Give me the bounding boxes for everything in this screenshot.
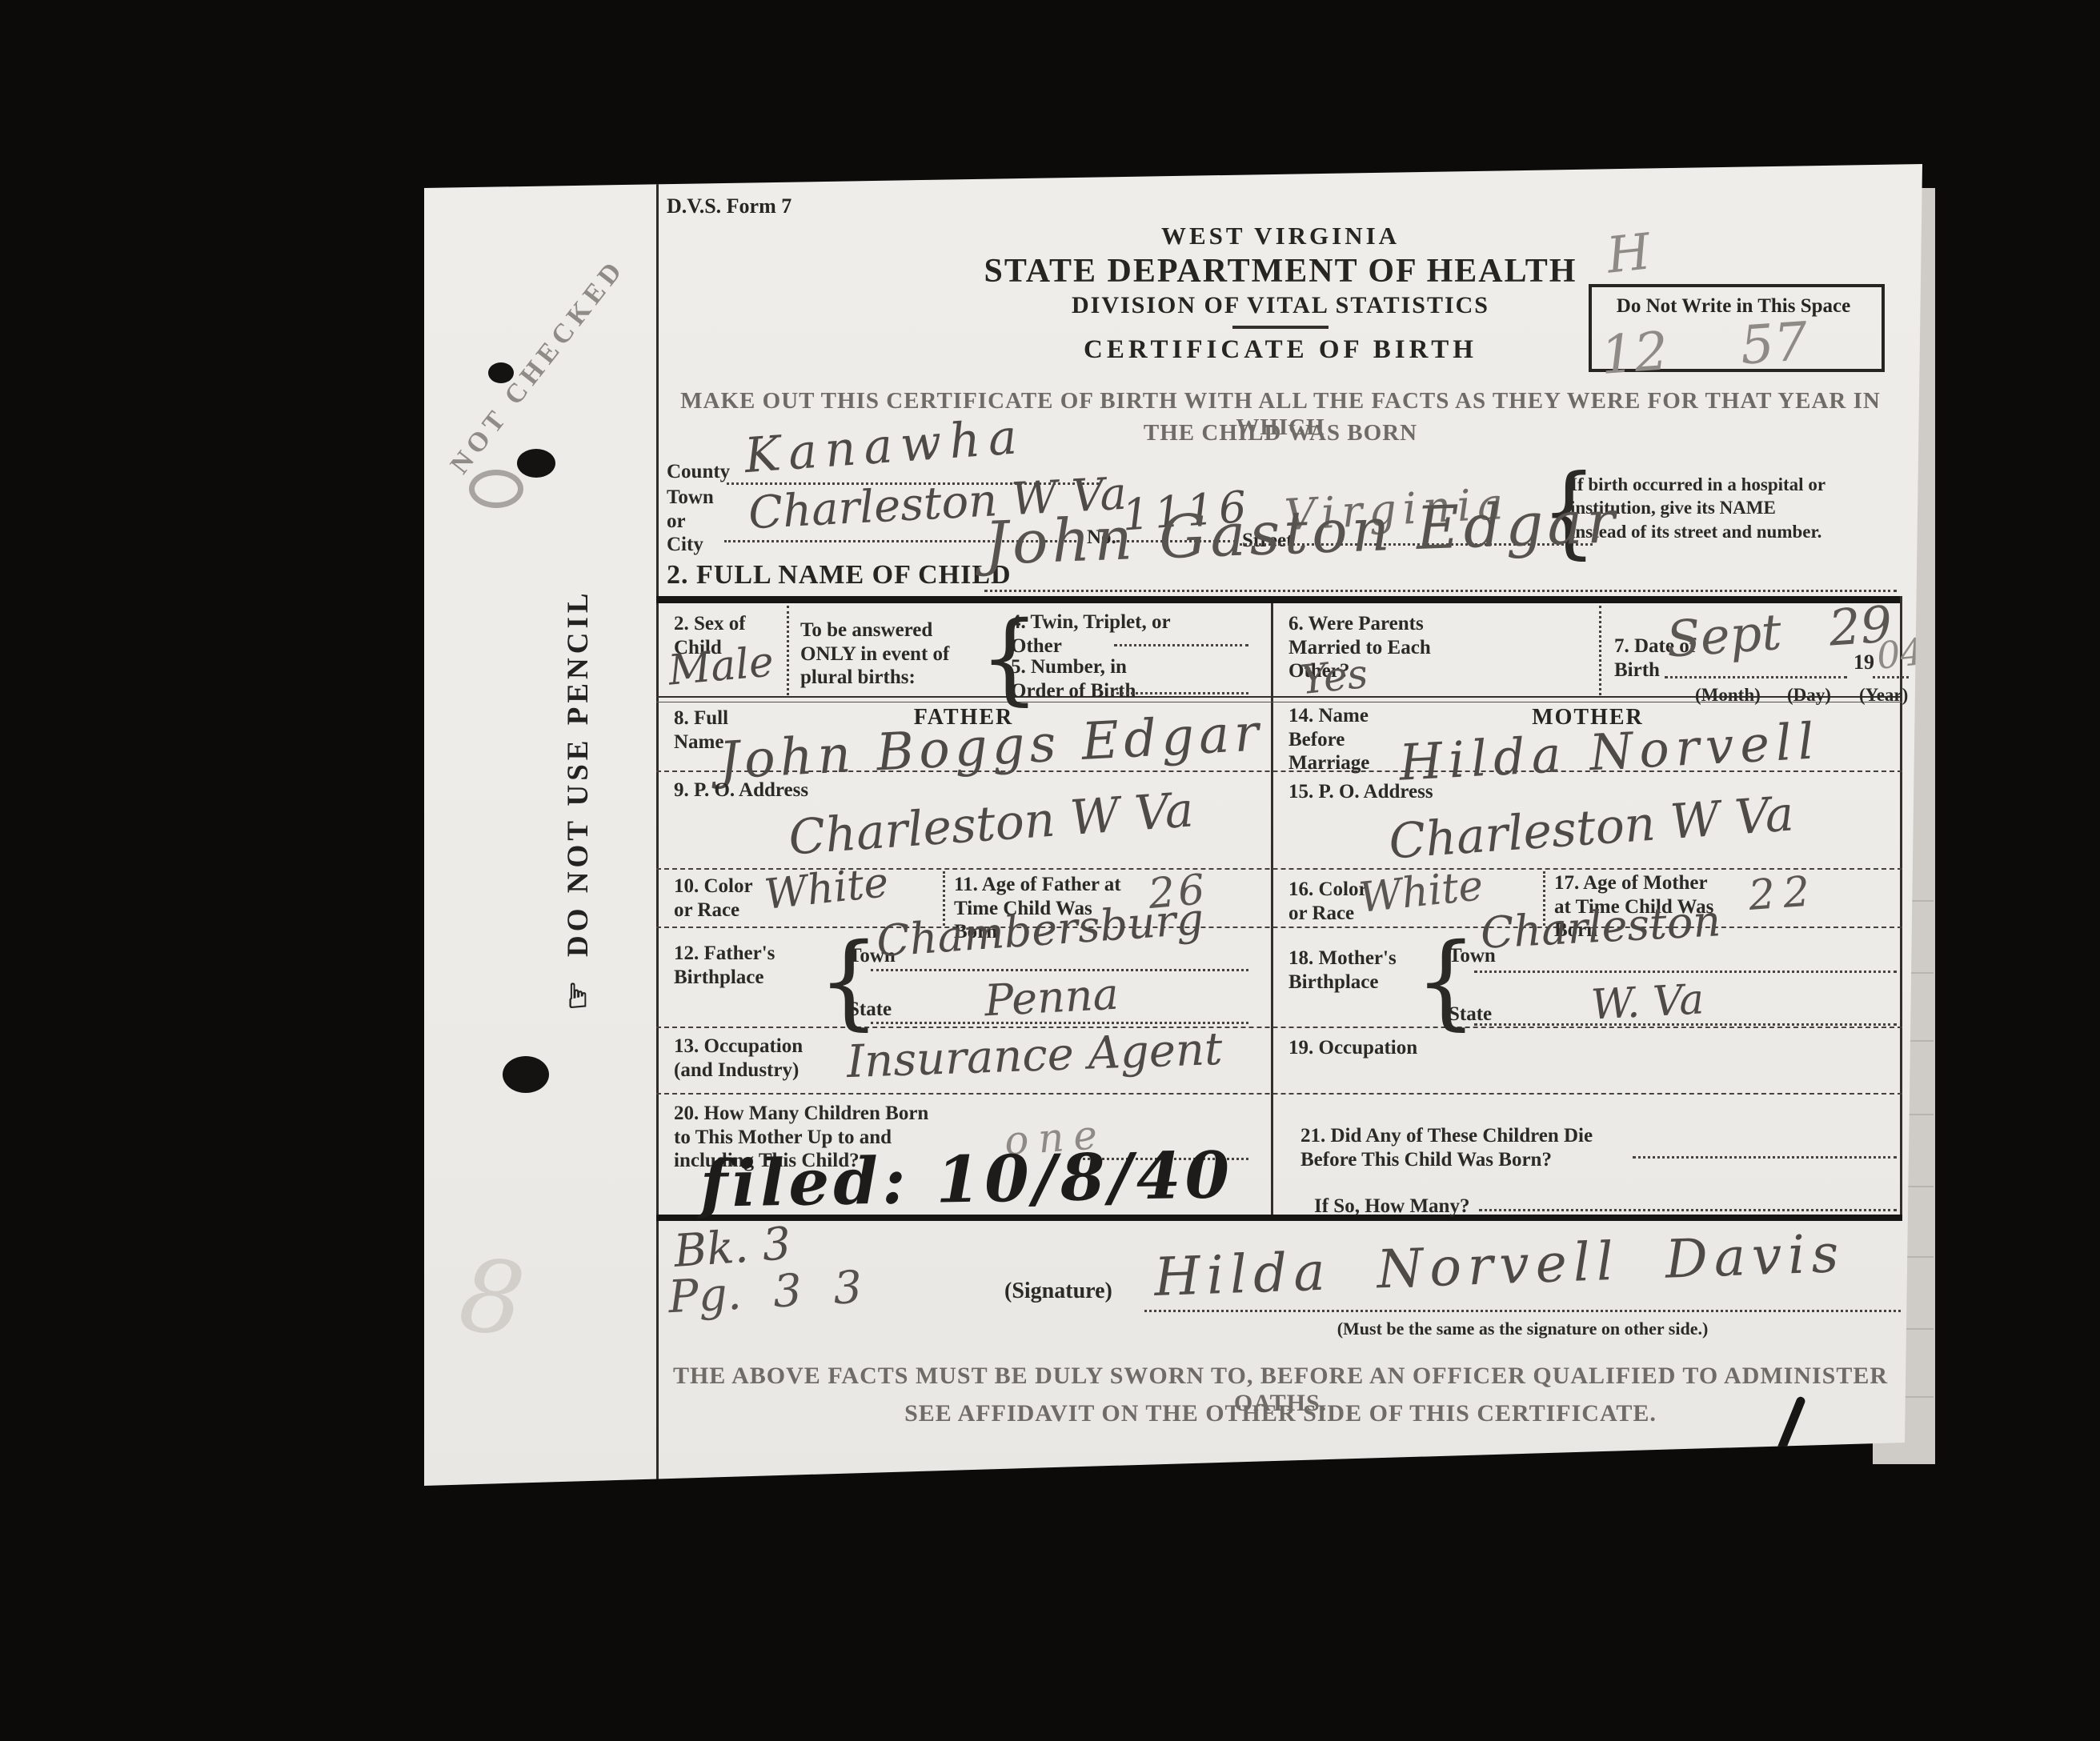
mother-po-value: Charleston W Va xyxy=(1387,786,1795,870)
page-note: Pg. 3 3 xyxy=(667,1262,863,1324)
children-died-line xyxy=(1633,1156,1897,1159)
father-race-label: 10. Color or Race xyxy=(674,875,774,922)
signature-line xyxy=(1144,1310,1901,1312)
month-caption: (Month) xyxy=(1695,684,1761,706)
how-many-label: If So, How Many? xyxy=(1314,1195,1469,1219)
do-not-write-label: Do Not Write in This Space xyxy=(1593,295,1874,318)
father-po-label: 9. P. O. Address xyxy=(674,778,808,802)
filed-note: filed: 10/8/40 xyxy=(699,1137,1234,1222)
town-label: Town or City xyxy=(667,486,723,557)
fullname-label: 2. FULL NAME OF CHILD xyxy=(667,560,1012,590)
year-line xyxy=(1873,676,1909,678)
father-bp-town-value: Chambersburg xyxy=(875,894,1205,967)
ink-scratch-mark xyxy=(1800,1456,1839,1533)
mother-bp-state-value: W. Va xyxy=(1590,975,1705,1029)
ink-smudge-ring xyxy=(469,470,523,508)
header-rule xyxy=(1232,326,1329,329)
row-line xyxy=(656,1093,1902,1095)
form-number: D.V.S. Form 7 xyxy=(667,194,792,218)
twin-label: 4. Twin, Triplet, or Other xyxy=(1011,610,1211,658)
cell-divider xyxy=(1599,606,1601,695)
father-birthplace-label: 12. Father's Birthplace xyxy=(674,942,798,989)
mother-age-value: 22 xyxy=(1747,867,1819,920)
father-bp-state-label: State xyxy=(848,998,892,1022)
sex-value: Male xyxy=(667,638,775,694)
ink-blot xyxy=(503,1056,549,1093)
mother-race-value: White xyxy=(1357,862,1485,923)
day-caption: (Day) xyxy=(1787,684,1831,706)
birth-order-label: 5. Number, in Order of Birth xyxy=(1011,655,1163,702)
ink-blot xyxy=(488,362,514,383)
margin-divider-line xyxy=(656,182,659,1482)
father-po-value: Charleston W Va xyxy=(787,782,1195,866)
how-many-line xyxy=(1479,1209,1897,1211)
mother-birthplace-label: 18. Mother's Birthplace xyxy=(1288,947,1409,994)
plural-births-note: To be answered ONLY in event of plural b… xyxy=(800,618,986,690)
signature-note: (Must be the same as the signature on ot… xyxy=(1144,1319,1901,1339)
mother-occupation-label: 19. Occupation xyxy=(1288,1036,1417,1060)
code-letter: H xyxy=(1604,222,1653,284)
cell-divider xyxy=(787,606,789,695)
mother-bp-town-line xyxy=(1474,971,1897,973)
table-center-divider xyxy=(1271,603,1273,1215)
mother-bp-town-value: Charleston xyxy=(1480,895,1722,959)
do-not-use-pencil-text: DO NOT USE PENCIL xyxy=(562,590,595,958)
twin-line xyxy=(1114,644,1248,646)
ink-blot xyxy=(517,449,555,478)
state-title: WEST VIRGINIA xyxy=(656,222,1905,250)
father-bp-state-value: Penna xyxy=(983,969,1120,1027)
father-occupation-label: 13. Occupation (and Industry) xyxy=(674,1035,822,1082)
year-caption: (Year) xyxy=(1859,684,1908,706)
dob-line xyxy=(1665,676,1847,678)
county-label: County xyxy=(667,460,730,484)
fullname-line xyxy=(984,590,1897,592)
father-occupation-value: Insurance Agent xyxy=(846,1023,1224,1088)
signature-label: (Signature) xyxy=(1004,1278,1112,1304)
mother-bp-state-line xyxy=(1474,1023,1897,1026)
children-died-label: 21. Did Any of These Children Die Before… xyxy=(1300,1124,1649,1171)
year-prefix: 19 xyxy=(1854,650,1874,675)
do-not-use-pencil-stamp: ☞ DO NOT USE PENCIL xyxy=(559,634,598,1011)
faint-pencil-eight: 8 xyxy=(455,1237,530,1359)
certificate-page: NOT CHECKED ☞ DO NOT USE PENCIL 8 D.V.S.… xyxy=(424,164,1922,1488)
birth-order-line xyxy=(1111,692,1248,694)
mother-po-label: 15. P. O. Address xyxy=(1288,780,1433,804)
footer-line2: SEE AFFIDAVIT ON THE OTHER SIDE OF THIS … xyxy=(656,1400,1905,1427)
pointing-hand-icon: ☞ xyxy=(560,976,597,1011)
parents-married-value: Yes xyxy=(1298,650,1370,703)
signature-value: Hilda Norvell Davis xyxy=(1153,1223,1846,1308)
table-top-rule xyxy=(656,596,1902,603)
